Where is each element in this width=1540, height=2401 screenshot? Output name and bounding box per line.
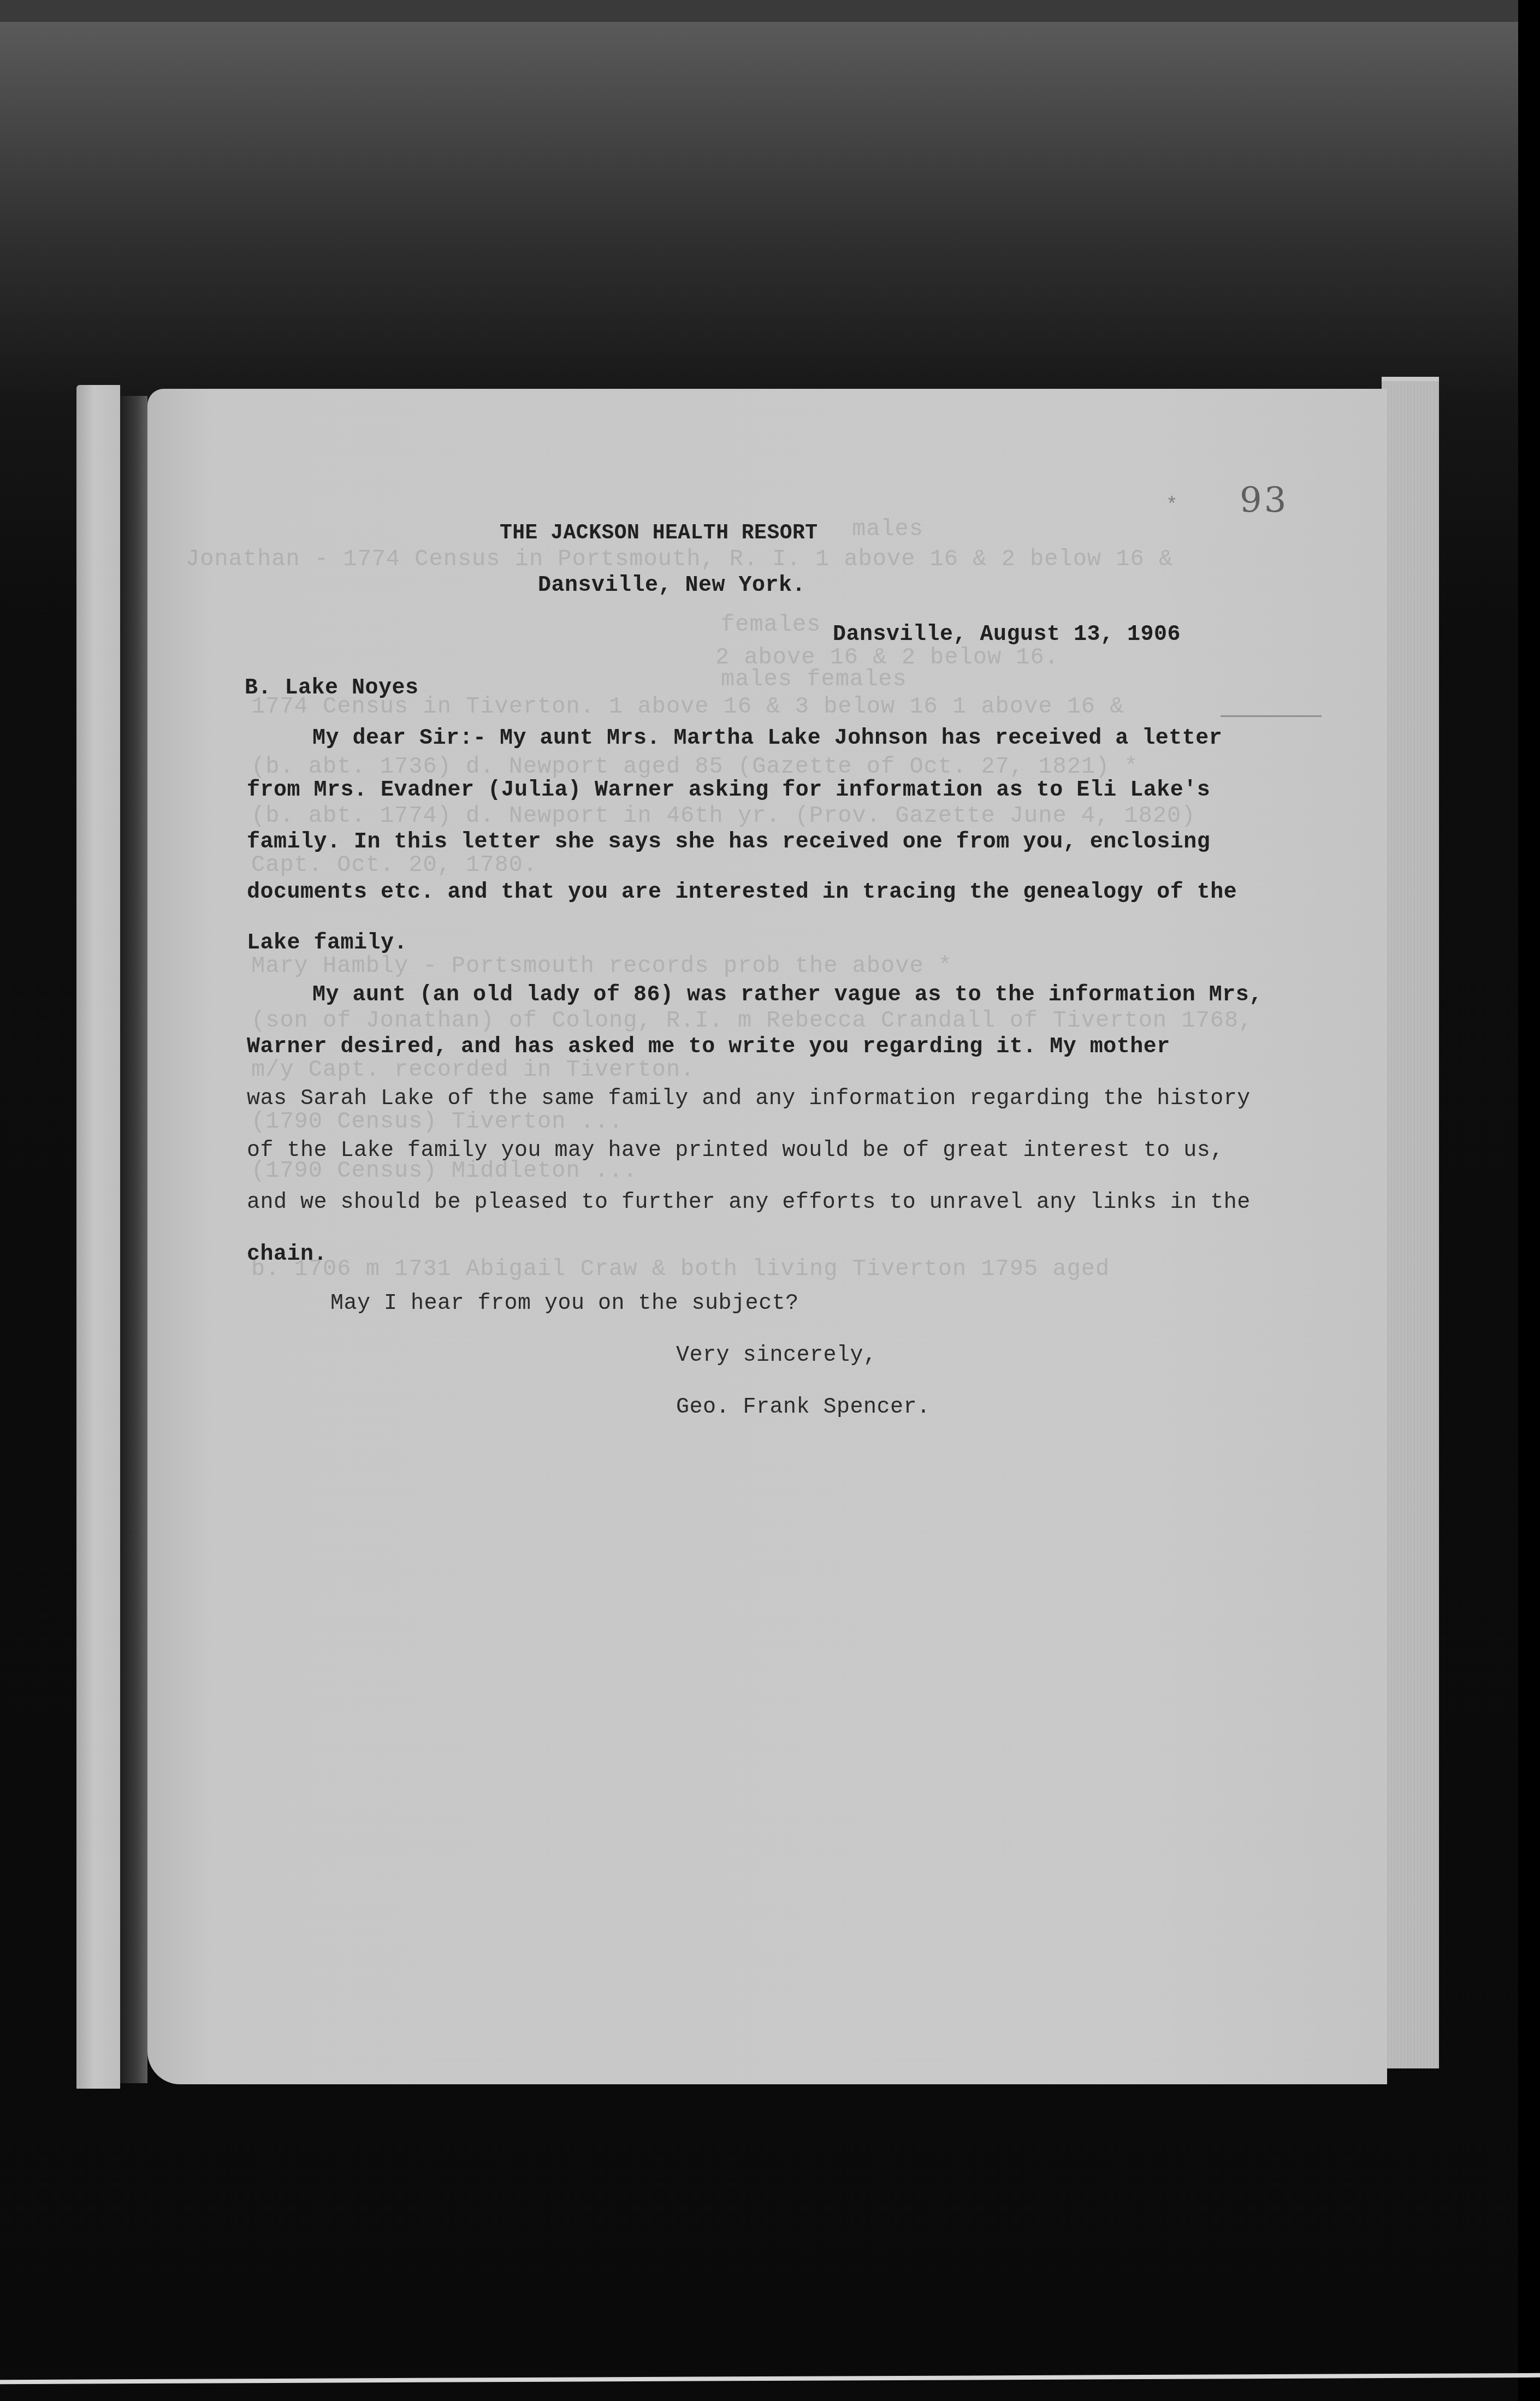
film-border-right — [1518, 0, 1540, 2401]
film-border-bottom — [0, 2373, 1540, 2384]
film-border-top — [0, 0, 1518, 22]
margin-rule — [1221, 715, 1322, 717]
bleed-through-line: Mary Hambly - Portsmouth records prob th… — [251, 953, 952, 979]
body-line: of the Lake family you may have printed … — [247, 1139, 1224, 1163]
bleed-through-line: (b. abt. 1736) d. Newport aged 85 (Gazet… — [251, 754, 1139, 780]
bleed-through-line: b. 1706 m 1731 Abigail Craw & both livin… — [251, 1256, 1110, 1282]
signature: Geo. Frank Spencer. — [676, 1395, 931, 1420]
page-number: 93 — [1240, 481, 1288, 521]
bleed-through-line: (1790 Census) Tiverton ... — [251, 1108, 623, 1135]
body-line: and we should be pleased to further any … — [247, 1190, 1251, 1215]
body-line: Warner desired, and has asked me to writ… — [247, 1035, 1170, 1059]
body-line: from Mrs. Evadner (Julia) Warner asking … — [247, 778, 1210, 803]
letterhead-location: Dansville, New York. — [538, 573, 805, 598]
letter-page — [147, 389, 1387, 2084]
page-stack-edge — [1382, 377, 1439, 2068]
bleed-through-line: males females — [721, 666, 907, 692]
body-line: May I hear from you on the subject? — [330, 1291, 799, 1316]
closing: Very sincerely, — [676, 1343, 877, 1368]
bleed-through-line: males — [852, 516, 923, 542]
body-line: My aunt (an old lady of 86) was rather v… — [312, 983, 1263, 1007]
stamp-mark: * — [1166, 494, 1178, 517]
bleed-through-line: (son of Jonathan) of Colong, R.I. m Rebe… — [251, 1007, 1253, 1034]
bleed-through-line: m/y Capt. recorded in Tiverton. — [251, 1057, 695, 1083]
body-line: Lake family. — [247, 931, 407, 956]
body-line: My dear Sir:- My aunt Mrs. Martha Lake J… — [312, 726, 1222, 751]
dateline: Dansville, August 13, 1906 — [833, 623, 1181, 647]
letterhead-name: THE JACKSON HEALTH RESORT — [500, 521, 818, 545]
bleed-through-line: Jonathan - 1774 Census in Portsmouth, R.… — [186, 546, 1173, 572]
body-line: chain. — [247, 1242, 327, 1267]
left-page-edge — [76, 385, 120, 2089]
body-line: was Sarah Lake of the same family and an… — [247, 1087, 1251, 1111]
bleed-through-line: females — [721, 612, 821, 638]
bleed-through-line: Capt. Oct. 20, 1780. — [251, 852, 537, 878]
body-line: documents etc. and that you are interest… — [247, 880, 1237, 905]
bleed-through-line: (b. abt. 1774) d. Newport in 46th yr. (P… — [251, 803, 1195, 829]
body-line: family. In this letter she says she has … — [247, 830, 1210, 855]
book-gutter — [120, 396, 147, 2083]
recipient: B. Lake Noyes — [245, 676, 419, 701]
